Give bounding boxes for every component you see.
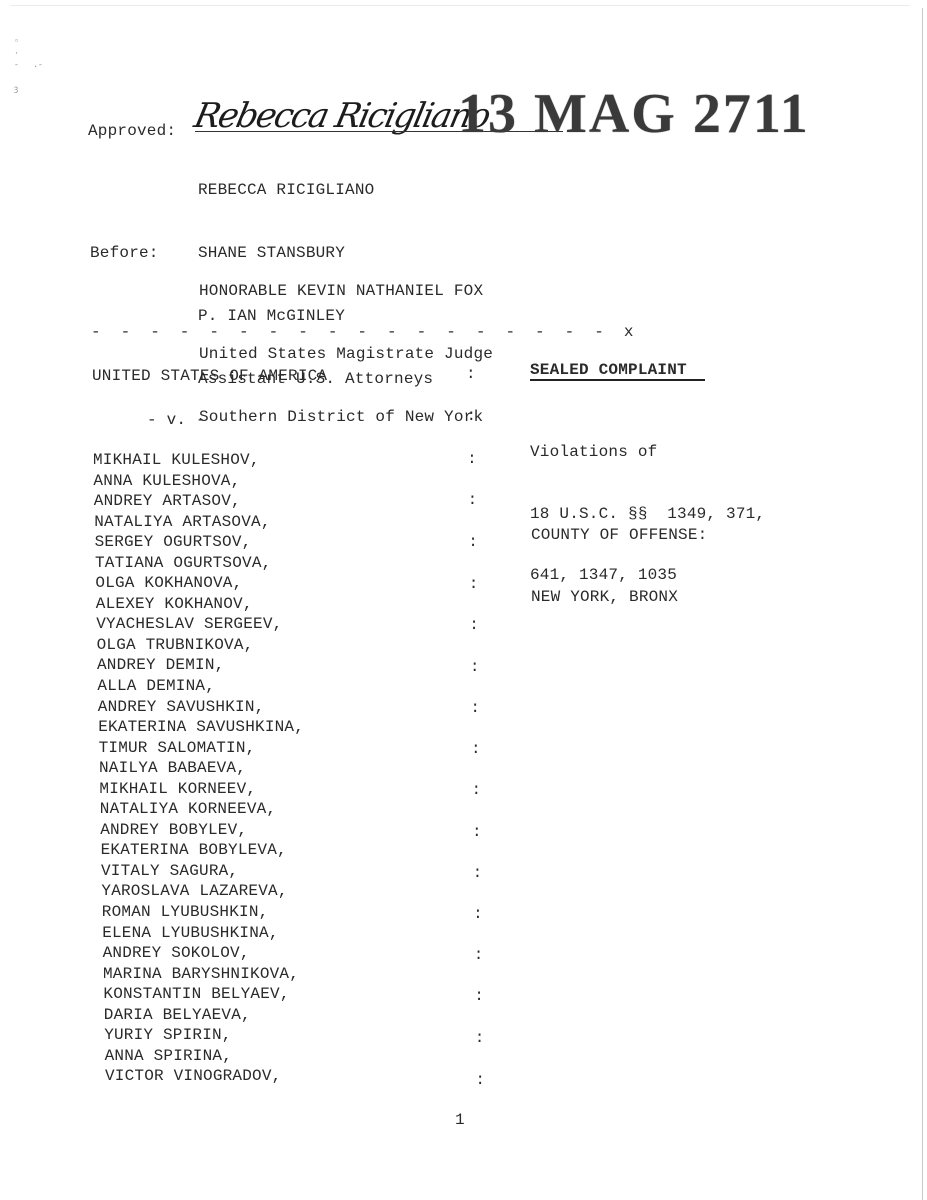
defendant-name: VITALY SAGURA, xyxy=(93,861,304,882)
caption-colon: : xyxy=(472,823,482,841)
defendant-name: YURIY SPIRIN, xyxy=(93,1025,304,1046)
caption-colon: : xyxy=(474,946,484,964)
defendant-name: ANDREY BOBYLEV, xyxy=(93,820,304,841)
caption-colon: : xyxy=(475,1029,485,1047)
defendant-name: TATIANA OGURTSOVA, xyxy=(93,553,304,574)
defendant-name: ALLA DEMINA, xyxy=(93,676,304,697)
defendant-name: YAROSLAVA LAZAREVA, xyxy=(93,881,304,902)
versus: - v. - xyxy=(147,410,206,430)
defendant-name: VICTOR VINOGRADOV, xyxy=(93,1066,304,1087)
caption-colon: : xyxy=(473,864,483,882)
defendant-name: TIMUR SALOMATIN, xyxy=(93,738,304,759)
defendant-name: ALEXEY KOKHANOV, xyxy=(93,594,304,615)
defendant-name: MARINA BARYSHNIKOVA, xyxy=(93,964,304,985)
caption-colon: : xyxy=(468,533,478,551)
caption-colon: : xyxy=(473,905,483,923)
defendant-name: ANNA SPIRINA, xyxy=(93,1046,304,1067)
defendant-name: EKATERINA BOBYLEVA, xyxy=(93,840,304,861)
defendant-name: NATALIYA KORNEEVA, xyxy=(93,799,304,820)
defendant-name: KONSTANTIN BELYAEV, xyxy=(93,984,304,1005)
caption-colon: : xyxy=(475,1071,485,1089)
defendant-name: ELENA LYUBUSHKINA, xyxy=(93,923,304,944)
judge-district: Southern District of New York xyxy=(199,407,493,428)
judge-block: HONORABLE KEVIN NATHANIEL FOX United Sta… xyxy=(199,239,493,470)
caption-colon: : xyxy=(474,987,484,1005)
county-block: COUNTY OF OFFENSE: NEW YORK, BRONX xyxy=(531,484,707,648)
defendant-name: MIKHAIL KORNEEV, xyxy=(93,779,304,800)
plaintiff: UNITED STATES OF AMERICA xyxy=(92,366,327,386)
defendant-name: OLGA TRUBNIKOVA, xyxy=(93,635,304,656)
defendant-name: ROMAN LYUBUSHKIN, xyxy=(93,902,304,923)
defendant-name: OLGA KOKHANOVA, xyxy=(93,573,304,594)
judge-name: HONORABLE KEVIN NATHANIEL FOX xyxy=(199,281,493,302)
caption-colon: : xyxy=(470,658,480,676)
county-label: COUNTY OF OFFENSE: xyxy=(531,525,707,546)
scan-top-edge xyxy=(10,5,910,6)
defendant-name: ANDREY DEMIN, xyxy=(93,655,304,676)
signature: Rebecca Ricigliano xyxy=(191,96,493,136)
caption-rule: - - - - - - - - - - - - - - - - - - x xyxy=(91,322,639,342)
caption-colon: : xyxy=(470,699,480,717)
defendant-name: EKATERINA SAVUSHKINA, xyxy=(93,717,304,738)
attorney-name: REBECCA RICIGLIANO xyxy=(198,180,433,201)
sealed-complaint-title: SEALED COMPLAINT xyxy=(530,360,687,380)
document-page: ▫·- .-ꝫ Approved: Rebecca Ricigliano 13 … xyxy=(0,0,927,1200)
title-underline xyxy=(530,379,705,381)
county-value: NEW YORK, BRONX xyxy=(531,587,707,608)
scan-right-edge xyxy=(922,8,923,1200)
approved-label: Approved: xyxy=(88,121,176,141)
case-number-stamp: 13 MAG 2711 xyxy=(458,84,810,144)
defendant-name: ANDREY ARTASOV, xyxy=(93,491,304,512)
defendant-list: MIKHAIL KULESHOV,ANNA KULESHOVA,ANDREY A… xyxy=(93,450,304,1087)
defendant-name: MIKHAIL KULESHOV, xyxy=(93,450,304,471)
defendant-name: ANDREY SOKOLOV, xyxy=(93,943,304,964)
caption-colon: : xyxy=(467,407,477,425)
caption-colon: : xyxy=(471,740,481,758)
judge-title: United States Magistrate Judge xyxy=(199,344,493,365)
defendant-name: ANNA KULESHOVA, xyxy=(93,471,304,492)
defendant-name: NAILYA BABAEVA, xyxy=(93,758,304,779)
defendant-name: VYACHESLAV SERGEEV, xyxy=(93,614,304,635)
caption-colon: : xyxy=(468,491,478,509)
violations-line: Violations of xyxy=(530,442,765,463)
caption-colon: : xyxy=(472,781,482,799)
margin-marks: ▫·- .-ꝫ xyxy=(14,36,43,96)
defendant-name: ANDREY SAVUSHKIN, xyxy=(93,697,304,718)
caption-colon: : xyxy=(469,616,479,634)
defendant-name: SERGEY OGURTSOV, xyxy=(93,532,304,553)
caption-colon: : xyxy=(469,575,479,593)
defendant-name: NATALIYA ARTASOVA, xyxy=(93,512,304,533)
before-label: Before: xyxy=(90,243,159,263)
caption-colon: : xyxy=(467,450,477,468)
caption-colon: : xyxy=(466,365,476,383)
page-number: 1 xyxy=(455,1110,465,1130)
defendant-name: DARIA BELYAEVA, xyxy=(93,1005,304,1026)
